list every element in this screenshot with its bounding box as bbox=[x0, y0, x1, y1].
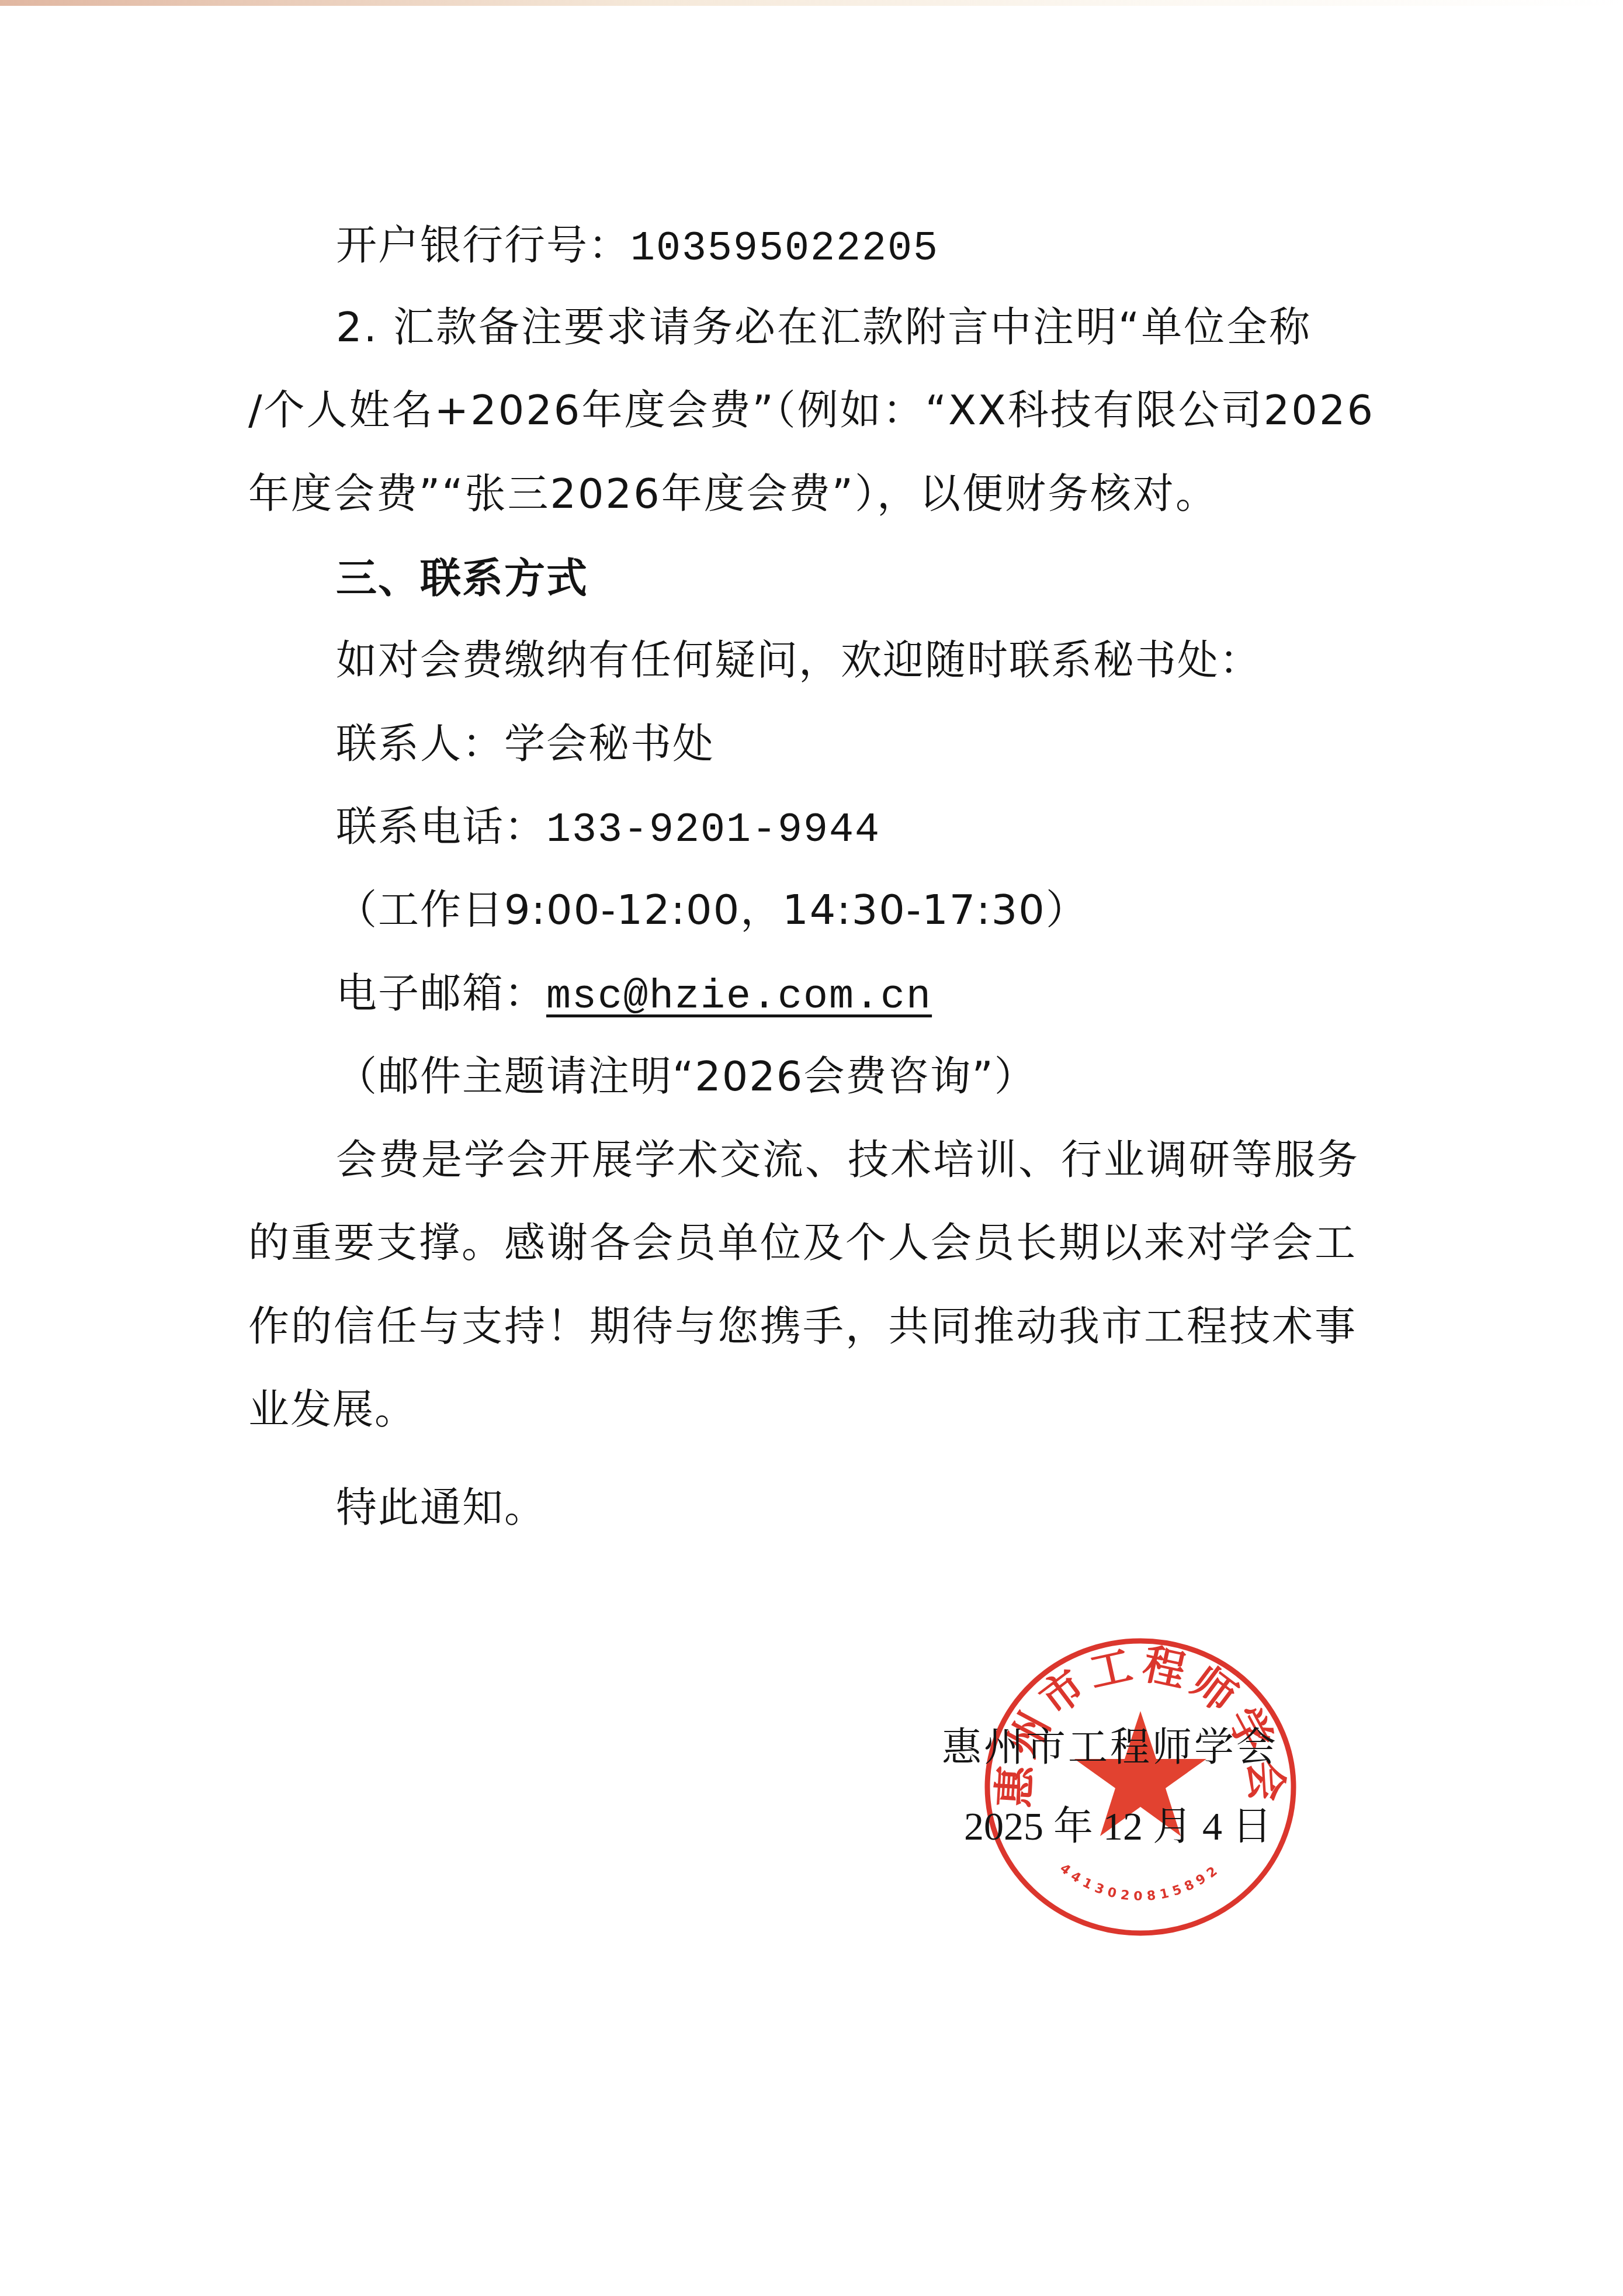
remittance-note-line-1: 2. 汇款备注要求请务必在汇款附言中注明“单位全称 bbox=[336, 301, 1312, 354]
contact-email-line: 电子邮箱：msc@hzie.com.cn bbox=[336, 967, 932, 1024]
closing-paragraph-line-2: 的重要支撑。感谢各会员单位及个人会员长期以来对学会工 bbox=[248, 1217, 1357, 1269]
contact-person-line: 联系人：学会秘书处 bbox=[336, 718, 715, 770]
section-heading-contact: 三、联系方式 bbox=[336, 552, 588, 605]
contact-phone-label: 联系电话： bbox=[336, 803, 546, 851]
contact-email-label: 电子邮箱： bbox=[336, 969, 546, 1017]
bank-code-value: 103595022205 bbox=[630, 226, 939, 272]
contact-person-label: 联系人： bbox=[336, 720, 504, 768]
svg-text:4413020815892: 4413020815892 bbox=[1057, 1861, 1223, 1904]
signature-date: 2025 年 12 月 4 日 bbox=[964, 1800, 1272, 1852]
closing-remark: 特此通知。 bbox=[336, 1481, 546, 1534]
contact-phone-line: 联系电话：133-9201-9944 bbox=[336, 801, 880, 857]
remittance-note-line-2: /个人姓名+2026年度会费”（例如：“XX科技有限公司2026 bbox=[248, 384, 1375, 437]
closing-paragraph-line-4: 业发展。 bbox=[248, 1383, 417, 1436]
contact-intro: 如对会费缴纳有任何疑问，欢迎随时联系秘书处： bbox=[336, 634, 1261, 687]
email-subject-note: （邮件主题请注明“2026会费咨询”） bbox=[336, 1050, 1036, 1103]
official-seal-icon: 惠州市工程师学会 4413020815892 bbox=[977, 1623, 1304, 1951]
document-page: 开户银行行号：103595022205 2. 汇款备注要求请务必在汇款附言中注明… bbox=[0, 0, 1623, 2296]
closing-paragraph-line-1: 会费是学会开展学术交流、技术培训、行业调研等服务 bbox=[336, 1134, 1360, 1186]
signature-organization: 惠州市工程师学会 bbox=[942, 1721, 1278, 1774]
contact-phone-value[interactable]: 133-9201-9944 bbox=[546, 808, 880, 854]
bank-code-line: 开户银行行号：103595022205 bbox=[336, 219, 939, 276]
contact-person-value: 学会秘书处 bbox=[504, 720, 715, 768]
bank-code-label: 开户银行行号： bbox=[336, 221, 630, 269]
closing-paragraph-line-3: 作的信任与支持！期待与您携手，共同推动我市工程技术事 bbox=[248, 1300, 1357, 1353]
contact-email-link[interactable]: msc@hzie.com.cn bbox=[546, 974, 932, 1020]
office-hours: （工作日9:00-12:00，14:30-17:30） bbox=[336, 884, 1088, 936]
remittance-note-line-3: 年度会费”“张三2026年度会费”），以便财务核对。 bbox=[248, 467, 1218, 520]
